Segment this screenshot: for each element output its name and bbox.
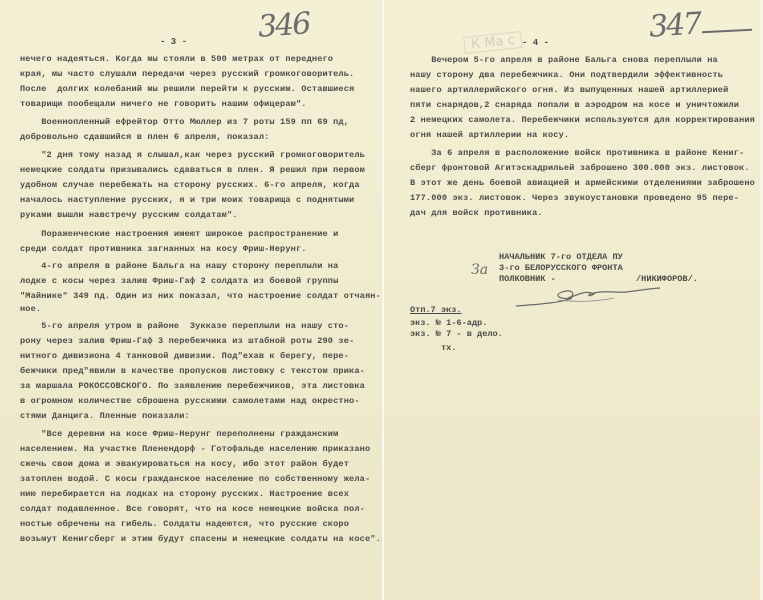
quote-line: немецкие солдаты призывались сдаваться в… [20,165,365,176]
text-line: ное. [20,304,41,315]
signatory-title-line-1: НАЧАЛЬНИК 7-го ОТДЕЛА ПУ [499,252,623,263]
right-page: К Ма с 347 - 4 - Вечером 5-го апреля в р… [384,0,763,600]
text-line: 2 немецких самолета. Перебежчики использ… [410,115,755,126]
faded-stamp: К Ма с [463,31,522,54]
text-line: 177.000 экз. листовок. Через звукоустано… [410,193,739,204]
folio-number-handwritten: 347 [648,6,702,44]
text-line: В этот же день боевой авиацией и армейск… [410,178,755,189]
text-line: нитного дивизиона 4 танковой дивизии. По… [20,351,349,362]
page-number: - 3 - [160,37,187,47]
text-line: После долгих колебаний мы решили перейти… [20,84,354,95]
distribution-line: экз. № 7 - в дело. [410,329,503,340]
text-line: нашего артиллерийского огня. Из выпущенн… [410,85,728,96]
text-line: За 6 апреля в расположение войск противн… [410,148,744,159]
text-line: края, мы часто слушали передачи через ру… [20,69,354,80]
page-number: - 4 - [522,38,549,48]
text-line: лодке с косы через залив Фриш-Гаф 2 солд… [20,276,338,287]
typist-initials: тх. [441,343,456,354]
distribution-line: экз. № 1-6-адр. [410,318,487,329]
quote-line: затоплен водой. С косы гражданское насел… [20,474,370,485]
text-line: огня нашей артиллерии на косу. [410,130,569,141]
quote-line: сжечь свои дома и эвакуироваться на косу… [20,459,349,470]
text-line: Вечером 5-го апреля в районе Бальга снов… [410,55,718,66]
text-line: в огромном количестве сброшена русскими … [20,396,360,407]
text-line: среди солдат противника загнанных на кос… [20,244,307,255]
quote-line: ностью обречены на гибель. Солдаты надею… [20,519,349,530]
text-line: 5-го апреля утром в районе Зукказе переп… [20,321,349,332]
signatory-title-line-2: 3-го БЕЛОРУССКОГО ФРОНТА [499,263,623,274]
text-line: Пораженческие настроения имеют широкое р… [20,229,338,240]
text-line: нашу сторону два перебежчика. Они подтве… [410,70,723,81]
text-line: сберг фронтовой Агитэскадрильей заброшен… [410,163,750,174]
distribution-header: Отп.7 экз. [410,305,462,316]
handwritten-signature [514,280,664,310]
handwritten-initial: За [471,262,488,278]
quote-line: руками вышли навстречу русским солдатам"… [20,210,238,221]
quote-line: возьмут Кенигсберг и этим будут спасены … [20,534,381,545]
text-line: стями Данцига. Пленные показали: [20,411,190,422]
text-line: "Майнике" 349 пд. Один из них показал, ч… [20,291,381,302]
text-line: Военнопленный ефрейтор Отто Мюллер из 7 … [20,117,349,128]
quote-line: солдат подавленное. Все говорят, что на … [20,504,365,515]
quote-line: "2 дня тому назад я слышал,как через рус… [20,150,365,161]
folio-number-handwritten: 346 [257,6,311,44]
text-line: за маршала РОКОССОВСКОГО. По заявлению п… [20,381,365,392]
quote-line: нию перебирается на лодках на сторону ру… [20,489,349,500]
text-line: 4-го апреля в районе Бальга на нашу стор… [20,261,338,272]
text-line: пяти снарядов,2 снаряда попали в аэродро… [410,100,739,111]
left-page: 346 - 3 - нечего надеяться. Когда мы сто… [0,0,382,600]
text-line: нечего надеяться. Когда мы стояли в 500 … [20,54,333,65]
text-line: рону через залив Фриш-Гаф 3 перебежчика … [20,336,354,347]
quote-line: "Все деревни на косе Фриш-Нерунг перепол… [20,429,338,440]
text-line: дач для войск противника. [410,208,543,219]
text-line: добровольно сдавшийся в плен 6 апреля, п… [20,132,269,143]
text-line: бежчики пред"явили в качестве пропусков … [20,366,365,377]
quote-line: началось наступление русских, я и три мо… [20,195,354,206]
text-line: товарищи пообещали ничего не говорить на… [20,99,307,110]
quote-line: населением. На участке Пленендорф - Гото… [20,444,370,455]
quote-line: удобном случае перебежать на сторону рус… [20,180,360,191]
folio-pen-stroke [702,29,752,34]
